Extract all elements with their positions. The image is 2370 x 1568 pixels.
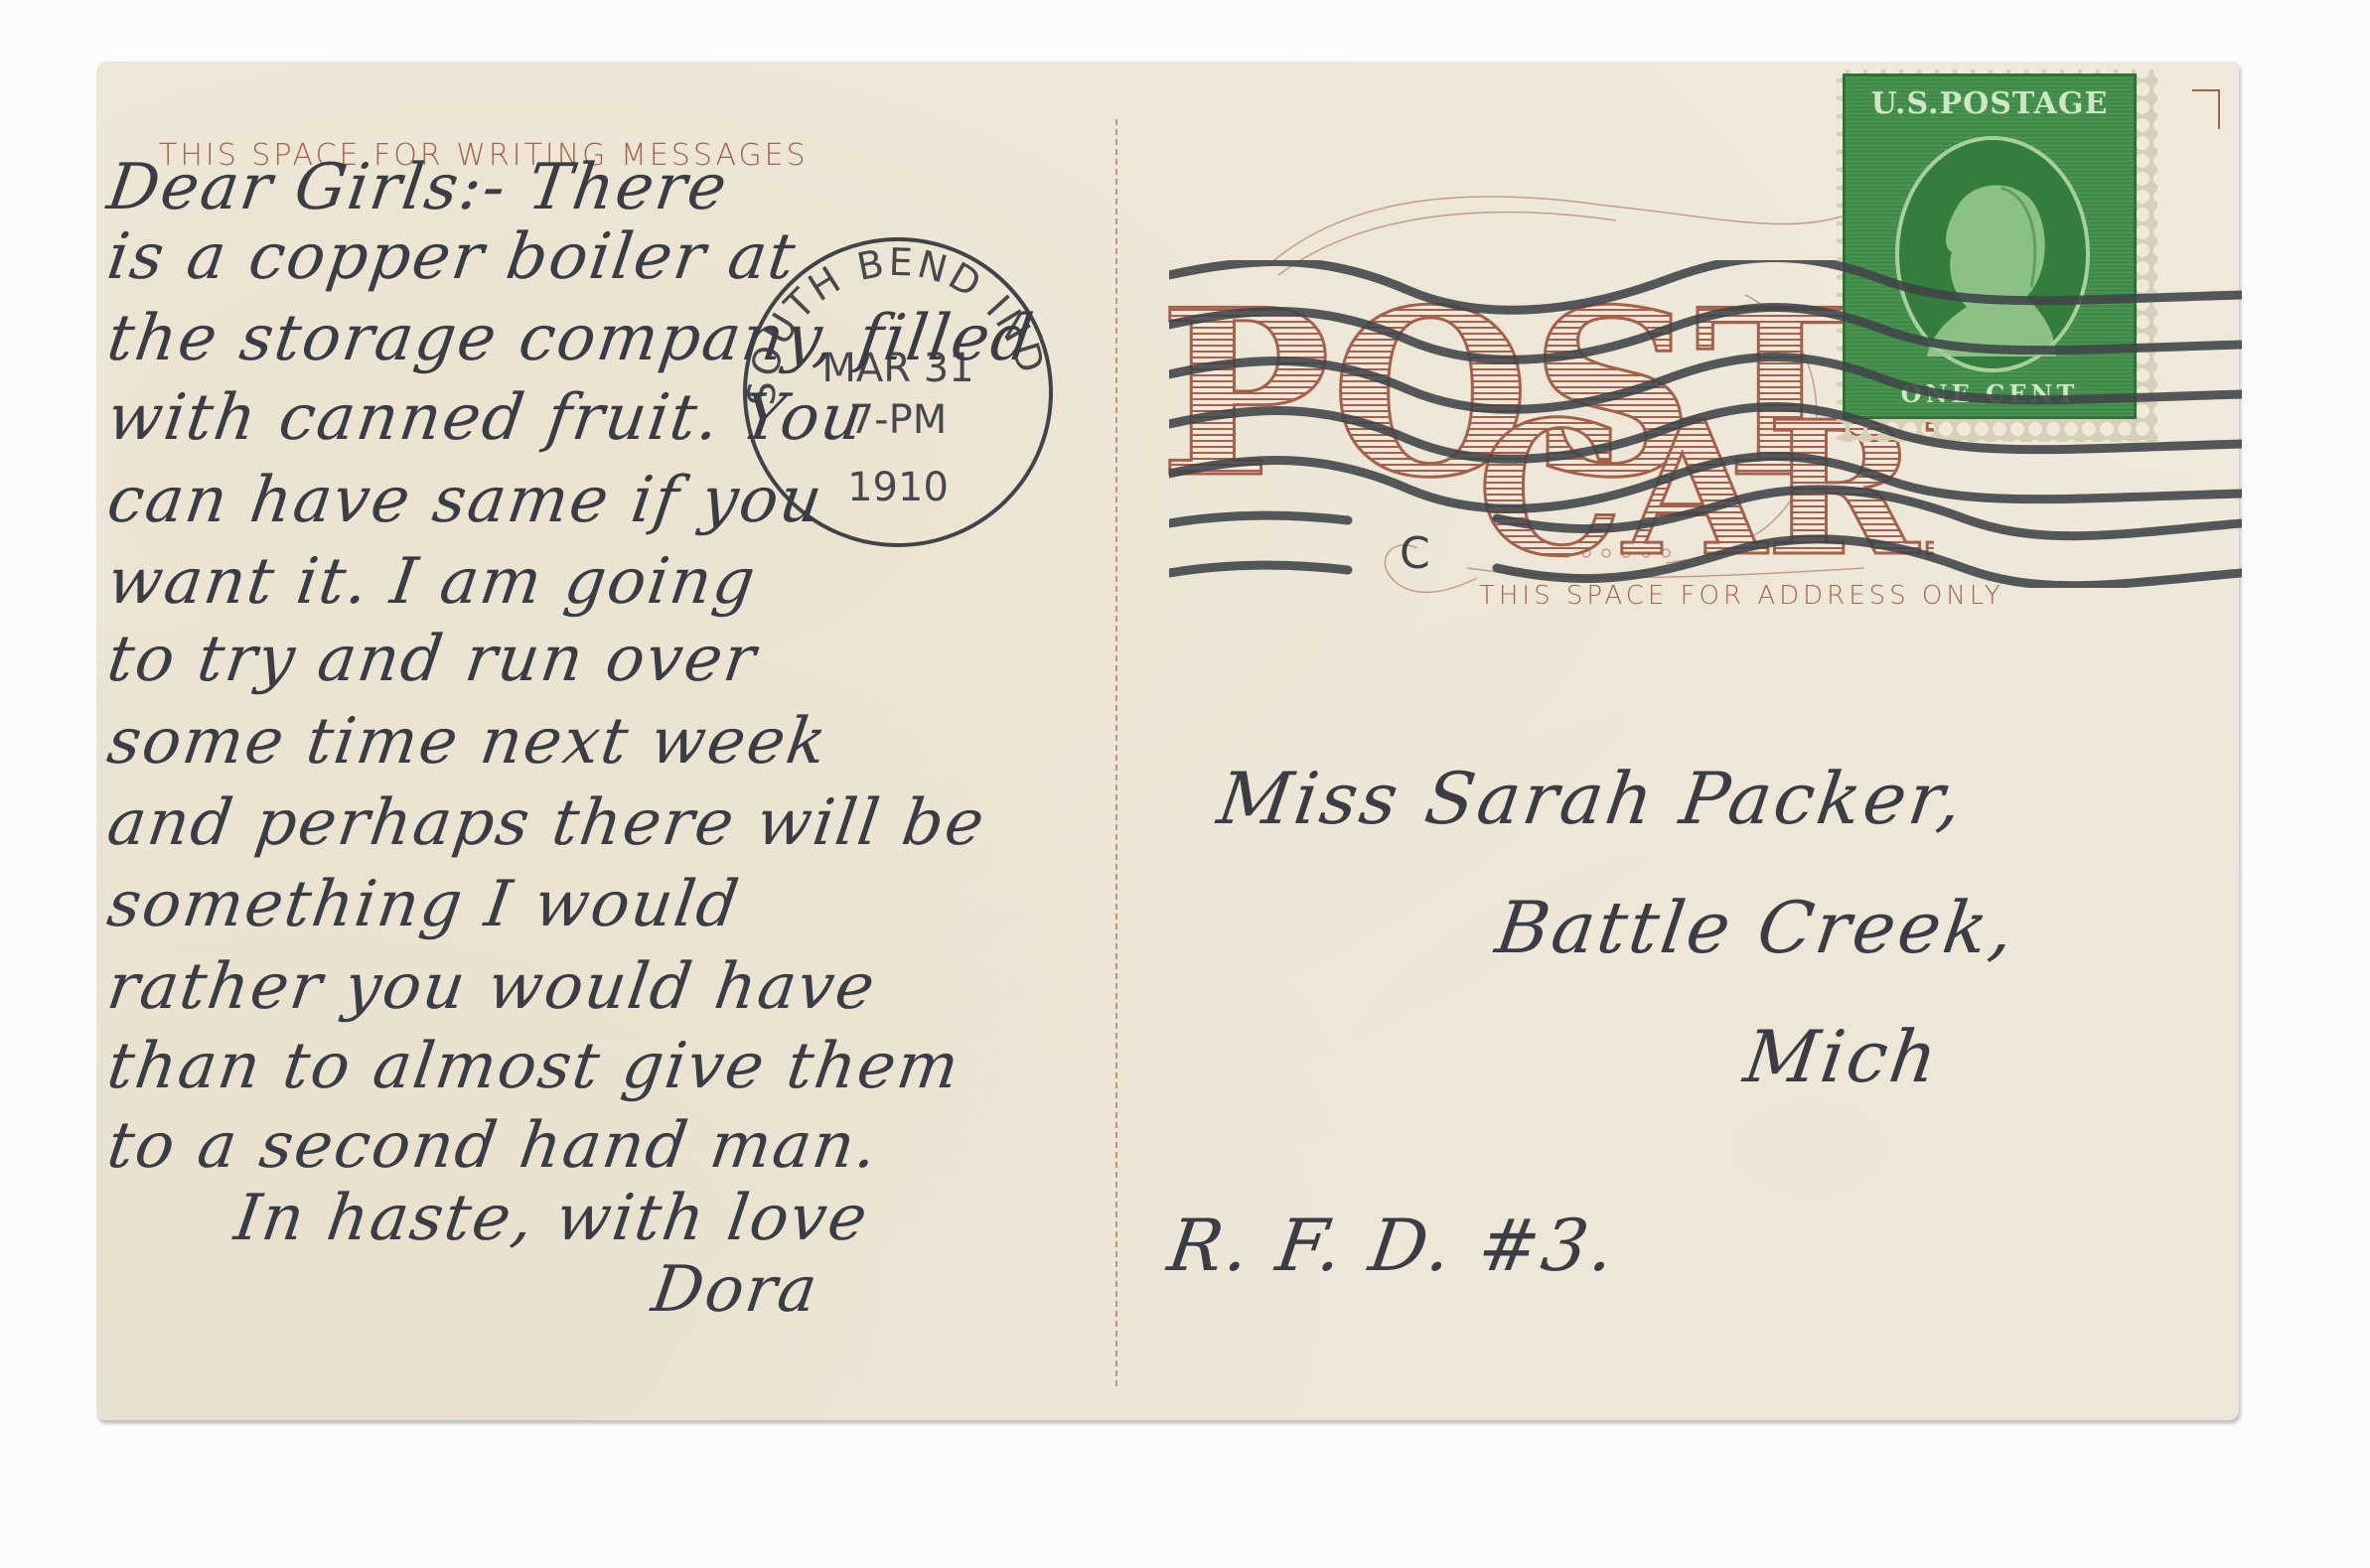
machine-cancellation-lines: C bbox=[1169, 260, 2242, 588]
message-line: can have same if you bbox=[103, 464, 828, 537]
message-line: some time next week bbox=[103, 705, 832, 779]
message-line: with canned fruit. You bbox=[103, 381, 869, 455]
message-line: rather you would have bbox=[103, 950, 881, 1024]
message-line: something I would bbox=[103, 868, 745, 941]
address-city: Battle Creek, bbox=[1491, 886, 2021, 969]
stamp-corner-mark bbox=[2192, 89, 2220, 129]
message-line: want it. I am going bbox=[103, 545, 761, 619]
address-rfd: R. F. D. #3. bbox=[1163, 1204, 1622, 1287]
message-line: than to almost give them bbox=[103, 1030, 965, 1103]
message-line: is a copper boiler at bbox=[103, 220, 802, 294]
message-line: Dear Girls:- There bbox=[103, 151, 733, 224]
address-recipient: Miss Sarah Packer, bbox=[1213, 757, 1970, 840]
message-line: to try and run over bbox=[103, 623, 762, 696]
message-line: and perhaps there will be bbox=[103, 786, 990, 860]
message-line: the storage company, filled bbox=[103, 302, 1039, 375]
postmark-year: 1910 bbox=[847, 465, 949, 510]
center-divider-line bbox=[1115, 119, 1117, 1386]
cancel-mark-letter: C bbox=[1400, 528, 1430, 579]
message-line: In haste, with love bbox=[230, 1182, 873, 1255]
postcard: THIS SPACE FOR WRITING MESSAGES POST CAR… bbox=[96, 62, 2239, 1420]
stamp-title: U.S.POSTAGE bbox=[1846, 86, 2134, 121]
message-signature: Dora bbox=[648, 1253, 823, 1327]
message-line: to a second hand man. bbox=[103, 1109, 883, 1183]
address-state: Mich bbox=[1739, 1015, 1945, 1098]
